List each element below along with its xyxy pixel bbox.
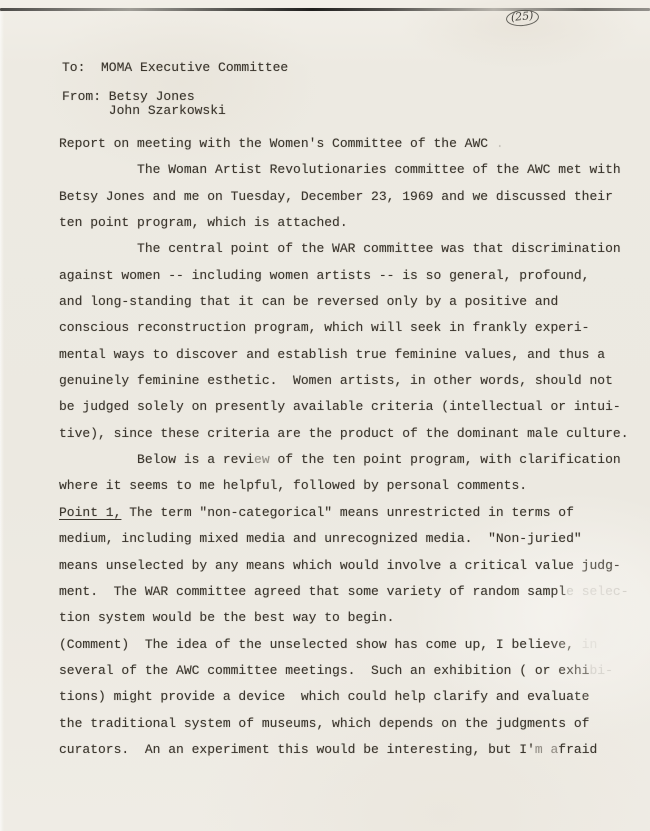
scanned-memo-page: (25) To: MOMA Executive Committee From: … [0,0,650,831]
document-line: The Woman Artist Revolutionaries committ… [59,157,645,183]
faded-text: e selec- [566,584,628,599]
document-line: be judged solely on presently available … [59,394,645,420]
underlined-text: Point 1, [59,505,121,520]
line-text: of the ten point program, with clarifica… [270,452,621,467]
line-text: several of the AWC committee meetings. S… [59,663,590,678]
scan-edge-line [0,8,650,11]
document-line: ten point program, which is attached. [59,210,645,236]
line-text: tion system would be the best way to beg… [59,610,394,625]
line-text: fraid [558,742,597,757]
document-line: (Comment) The idea of the unselected sho… [59,632,645,658]
line-text: be judged solely on presently available … [59,399,621,414]
line-text: where it seems to me helpful, followed b… [59,478,527,493]
document-line: conscious reconstruction program, which … [59,315,645,341]
document-line: means unselected by any means which woul… [59,553,645,579]
faded-text: ew [254,452,270,467]
line-text: ment. The WAR committee agreed that some… [59,584,566,599]
line-text: The Woman Artist Revolutionaries committ… [59,162,621,177]
document-line: where it seems to me helpful, followed b… [59,473,645,499]
document-line: The central point of the WAR committee w… [59,236,645,262]
line-text: The term "non-categorical" means unrestr… [121,505,573,520]
line-text: the traditional system of museums, which… [59,716,590,731]
document-line: curators. An an experiment this would be… [59,737,645,763]
document-line: several of the AWC committee meetings. S… [59,658,645,684]
faded-text: . [488,136,504,151]
faded-text: in [574,637,597,652]
line-text: Report on meeting with the Women's Commi… [59,136,488,151]
document-line: genuinely feminine esthetic. Women artis… [59,368,645,394]
memo-to-line: To: MOMA Executive Committee [62,61,288,75]
line-text: against women -- including women artists… [59,268,590,283]
line-text: medium, including mixed media and unreco… [59,531,582,546]
document-line: Report on meeting with the Women's Commi… [59,131,645,157]
memo-from-line: From: Betsy Jones [62,90,195,104]
document-line: the traditional system of museums, which… [59,711,645,737]
line-text: tive), since these criteria are the prod… [59,426,629,441]
faded-text: m a [535,742,558,757]
line-text: (Comment) The idea of the unselected sho… [59,637,574,652]
document-line: Below is a review of the ten point progr… [59,447,645,473]
line-text: Betsy Jones and me on Tuesday, December … [59,189,613,204]
line-text: means unselected by any means which woul… [59,558,621,573]
line-text: conscious reconstruction program, which … [59,320,590,335]
line-text: and long-standing that it can be reverse… [59,294,558,309]
document-line: ment. The WAR committee agreed that some… [59,579,645,605]
page-number-circle: (25) [505,9,539,28]
line-text: mental ways to discover and establish tr… [59,347,605,362]
line-text: curators. An an experiment this would be… [59,742,535,757]
faded-text: bi- [590,663,613,678]
document-line: against women -- including women artists… [59,263,645,289]
document-line: tive), since these criteria are the prod… [59,421,645,447]
document-line: tions) might provide a device which coul… [59,684,645,710]
page-number-annotation: (25) [505,9,539,28]
document-line: Betsy Jones and me on Tuesday, December … [59,184,645,210]
line-text: The central point of the WAR committee w… [59,241,621,256]
page-number-text: (25) [510,9,534,24]
page-left-edge [0,12,4,831]
document-line: mental ways to discover and establish tr… [59,342,645,368]
line-text: tions) might provide a device which coul… [59,689,590,704]
document-line: Point 1, The term "non-categorical" mean… [59,500,645,526]
line-text: ten point program, which is attached. [59,215,348,230]
document-line: tion system would be the best way to beg… [59,605,645,631]
document-line: and long-standing that it can be reverse… [59,289,645,315]
memo-from-second-name: John Szarkowski [62,104,226,118]
document-line: medium, including mixed media and unreco… [59,526,645,552]
line-text: Below is a revi [59,452,254,467]
document-body: Report on meeting with the Women's Commi… [59,131,645,763]
line-text: genuinely feminine esthetic. Women artis… [59,373,613,388]
